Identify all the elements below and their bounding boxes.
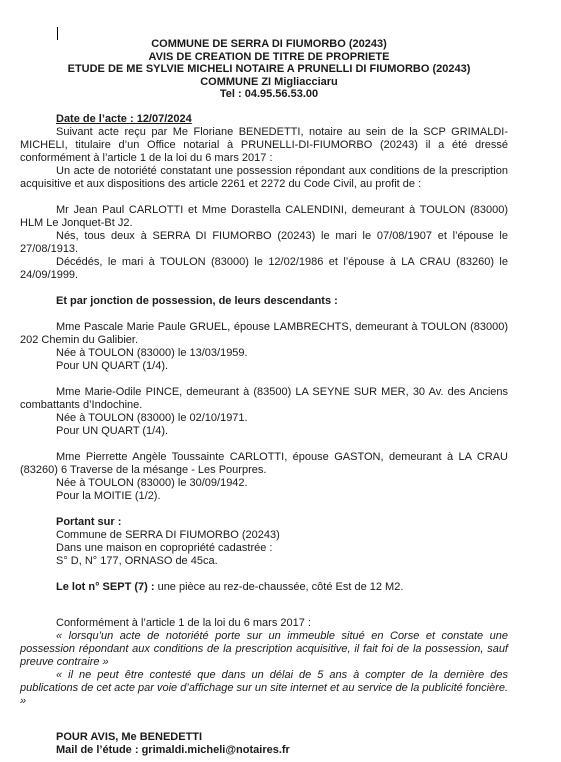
beneficiaires-naissance: Nés, tous deux à SERRA DI FIUMORBO (2024… bbox=[20, 230, 508, 256]
bien-title: Portant sur : bbox=[56, 516, 508, 529]
descendant-birth: Née à TOULON (83000) le 13/03/1959. bbox=[20, 347, 508, 360]
signature-email: Mail de l’étude : grimaldi.micheli@notai… bbox=[56, 744, 508, 757]
bien-cadastre: S° D, N° 177, ORNASO de 45ca. bbox=[56, 555, 508, 568]
descendant-entry: Mme Pierrette Angèle Toussainte CARLOTTI… bbox=[20, 451, 508, 503]
bien-maison: Dans une maison en copropriété cadastrée… bbox=[56, 542, 508, 555]
signature-pour-avis: POUR AVIS, Me BENEDETTI bbox=[56, 731, 508, 744]
bien-lot: Le lot n° SEPT (7) : une pièce au rez-de… bbox=[56, 581, 508, 594]
loi-intro: Conformément à l’article 1 de la loi du … bbox=[20, 617, 508, 630]
loi-quote-2: « il ne peut être contesté que dans un d… bbox=[20, 669, 508, 708]
loi-quote-1: « lorsqu’un acte de notoriété porte sur … bbox=[20, 630, 508, 669]
header-etude: ETUDE DE ME SYLVIE MICHELI NOTAIRE A PRU… bbox=[30, 63, 508, 76]
header-phone: Tel : 04.95.56.53.00 bbox=[30, 88, 508, 101]
document-page: COMMUNE DE SERRA DI FIUMORBO (20243) AVI… bbox=[20, 38, 508, 757]
signature-block: POUR AVIS, Me BENEDETTI Mail de l’étude … bbox=[20, 731, 508, 757]
beneficiaires-deces: Décédés, le mari à TOULON (83000) le 12/… bbox=[20, 256, 508, 282]
descendant-share: Pour UN QUART (1/4). bbox=[20, 360, 508, 373]
header-commune: COMMUNE DE SERRA DI FIUMORBO (20243) bbox=[30, 38, 508, 51]
descendants-title: Et par jonction de possession, de leurs … bbox=[20, 295, 508, 308]
descendant-identity: Mme Marie-Odile PINCE, demeurant à (8350… bbox=[20, 386, 508, 412]
descendant-identity: Mme Pierrette Angèle Toussainte CARLOTTI… bbox=[20, 451, 508, 477]
lot-label: Le lot n° SEPT (7) : bbox=[56, 581, 155, 593]
document-header: COMMUNE DE SERRA DI FIUMORBO (20243) AVI… bbox=[30, 38, 508, 101]
bien-commune: Commune de SERRA DI FIUMORBO (20243) bbox=[56, 529, 508, 542]
header-commune-zi: COMMUNE ZI Migliacciaru bbox=[30, 76, 508, 89]
header-avis-title: AVIS DE CREATION DE TITRE DE PROPRIETE bbox=[30, 51, 508, 64]
descendant-share: Pour UN QUART (1/4). bbox=[20, 425, 508, 438]
descendant-share: Pour la MOITIE (1/2). bbox=[20, 490, 508, 503]
acte-intro: Suivant acte reçu par Me Floriane BENEDE… bbox=[20, 126, 508, 165]
beneficiaires-noms: Mr Jean Paul CARLOTTI et Mme Dorastella … bbox=[20, 204, 508, 230]
lot-description: une pièce au rez-de-chaussée, côté Est d… bbox=[155, 581, 404, 593]
descendant-entry: Mme Pascale Marie Paule GRUEL, épouse LA… bbox=[20, 321, 508, 373]
descendant-identity: Mme Pascale Marie Paule GRUEL, épouse LA… bbox=[20, 321, 508, 347]
acte-notoriete: Un acte de notoriété constatant une poss… bbox=[20, 165, 508, 191]
descendant-entry: Mme Marie-Odile PINCE, demeurant à (8350… bbox=[20, 386, 508, 438]
date-acte: Date de l’acte : 12/07/2024 bbox=[20, 113, 508, 126]
descendant-birth: Née à TOULON (83000) le 02/10/1971. bbox=[20, 412, 508, 425]
bien-section: Portant sur : Commune de SERRA DI FIUMOR… bbox=[20, 516, 508, 594]
descendant-birth: Née à TOULON (83000) le 30/09/1942. bbox=[20, 477, 508, 490]
